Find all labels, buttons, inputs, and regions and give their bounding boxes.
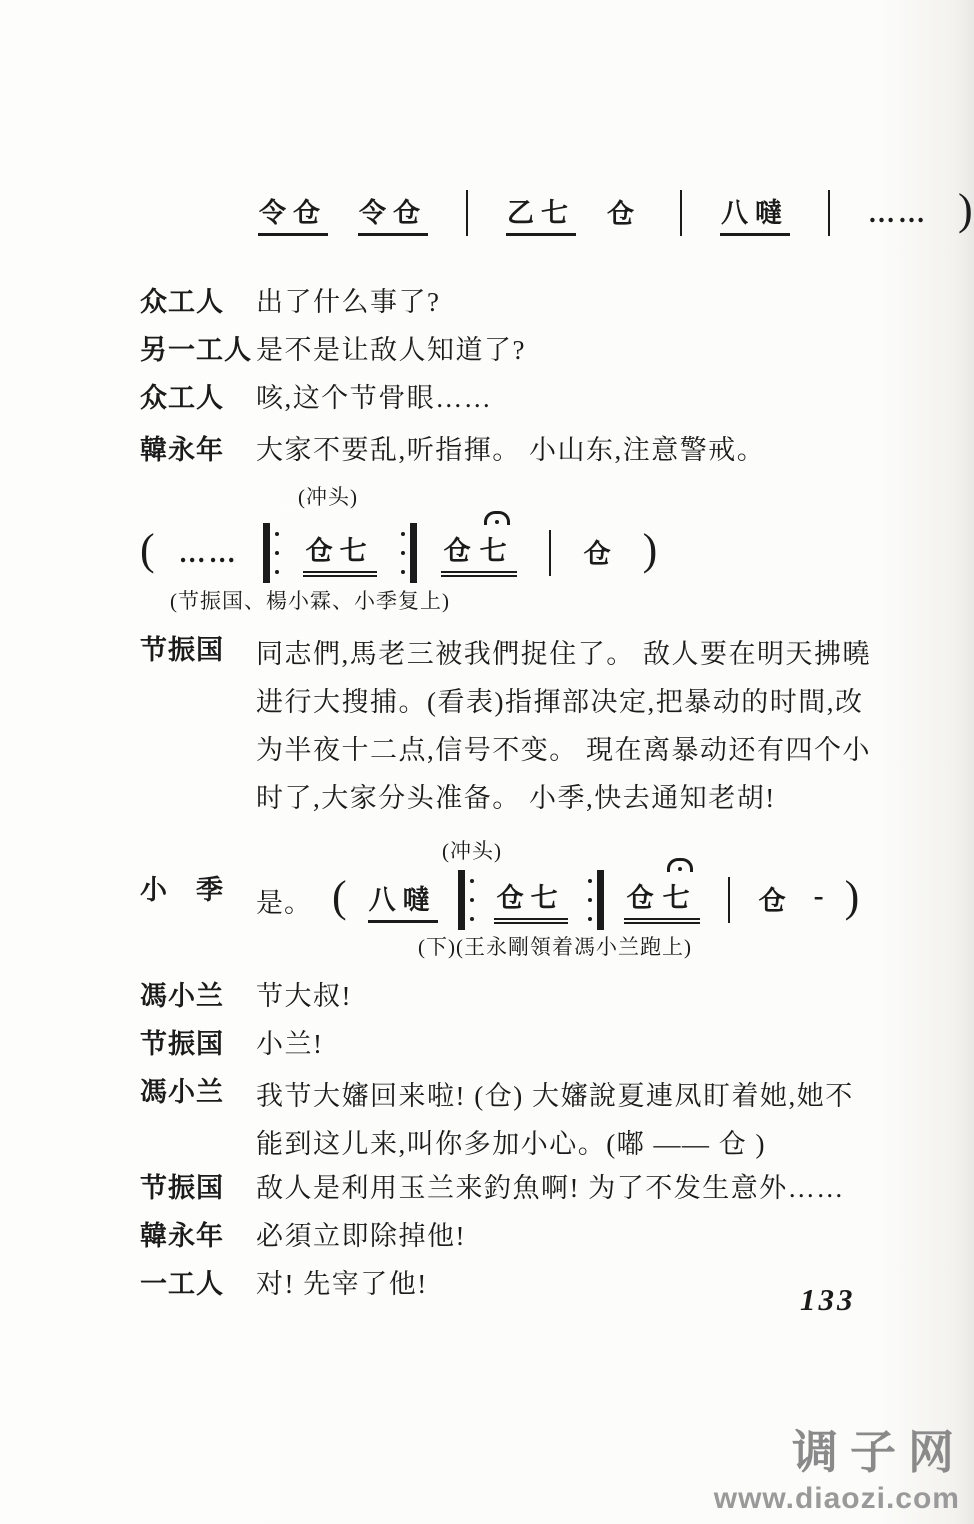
stage-direction-chongtou: (冲头) <box>298 484 916 510</box>
dialogue-row: 另一工人 是不是让敌人知道了? <box>140 330 916 370</box>
scanned-script-page: 令仓 令仓 乙七 仓 八噠 …… ) 众工人 出了什么事了? 另一工人 是不是让… <box>0 0 974 1524</box>
close-paren: ) <box>643 528 658 572</box>
dialogue-row: 韓永年 必須立即除掉他! <box>140 1216 916 1256</box>
inline-percussion: 是。 ( 八噠 仓七 仓 七 仓 <box>256 870 860 930</box>
speaker-name: 馮小兰 <box>140 976 256 1016</box>
dialogue-row: 小 季 是。 ( 八噠 仓七 仓 七 <box>140 870 916 930</box>
speech-text: 我节大嬸回来啦! (仓) 大嬸說夏連凤盯着她,她不 能到这儿来,叫你多加小心。(… <box>256 1072 854 1168</box>
dialogue-row: 韓永年 大家不要乱,听指揮。 小山东,注意警戒。 <box>140 430 916 470</box>
watermark-site-url: www.diaozi.com <box>714 1482 960 1516</box>
repeat-end-sign-icon <box>588 870 604 930</box>
dialogue-row: 节振国 同志們,馬老三被我們捉住了。 敌人要在明天拂曉 进行大搜捕。(看表)指揮… <box>140 630 916 822</box>
ellipsis: …… <box>179 538 239 569</box>
dialogue-row: 节振国 小兰! <box>140 1024 916 1064</box>
percussion-beat: 仓七 <box>303 529 377 577</box>
speech-line: 时了,大家分头准备。 小季,快去通知老胡! <box>256 774 871 822</box>
open-paren: ( <box>332 875 348 919</box>
speaker-name: 韓永年 <box>140 430 256 470</box>
barline-icon <box>549 530 551 576</box>
watermark: 调子网 www.diaozi.com <box>714 1416 960 1516</box>
speech-line: 我节大嬸回来啦! (仓) 大嬸說夏連凤盯着她,她不 <box>256 1072 854 1120</box>
percussion-line-top: 令仓 令仓 乙七 仓 八噠 …… ) <box>258 190 916 236</box>
speech-text: 是。 <box>256 881 312 920</box>
repeat-start-sign-icon <box>263 523 279 583</box>
speech-text: 节大叔! <box>256 976 352 1016</box>
speech-text: 对! 先宰了他! <box>256 1264 428 1304</box>
close-paren: ) <box>845 875 861 919</box>
fermata-icon <box>667 858 693 872</box>
speaker-name: 众工人 <box>140 282 256 322</box>
percussion-beat: 仓 <box>583 532 619 574</box>
ellipsis: …… <box>868 198 928 229</box>
speaker-name: 节振国 <box>140 1024 256 1064</box>
speaker-name: 小 季 <box>140 870 256 910</box>
speech-text: 必須立即除掉他! <box>256 1216 466 1256</box>
percussion-line-reentry: ( …… 仓七 仓 七 仓 ) <box>140 522 916 584</box>
dialogue-row: 众工人 出了什么事了? <box>140 282 916 322</box>
speech-line: 为半夜十二点,信号不变。 現在离暴动还有四个小 <box>256 726 871 774</box>
barline-icon <box>680 190 682 236</box>
percussion-beat: 仓七 <box>494 876 568 924</box>
speaker-name: 众工人 <box>140 378 256 418</box>
close-paren: ) <box>958 188 973 232</box>
fermata-icon <box>484 511 510 525</box>
percussion-beat: 八噠 <box>368 878 438 923</box>
rest-dash: - <box>814 879 825 913</box>
speech-text: 出了什么事了? <box>256 282 440 322</box>
stage-direction-exit-enter: (下)(王永剛領着馮小兰跑上) <box>418 934 916 960</box>
speech-text: 同志們,馬老三被我們捉住了。 敌人要在明天拂曉 进行大搜捕。(看表)指揮部决定,… <box>256 630 871 822</box>
barline-icon <box>466 190 468 236</box>
percussion-beat: 乙七 <box>506 191 576 236</box>
speaker-name: 另一工人 <box>140 330 256 370</box>
speech-text: 敌人是利用玉兰来釣魚啊! 为了不发生意外…… <box>256 1168 845 1208</box>
dialogue-row: 众工人 咳,这个节骨眼…… <box>140 378 916 418</box>
speaker-name: 节振国 <box>140 1168 256 1208</box>
percussion-beat: 仓 <box>606 192 642 234</box>
speech-line: 能到这儿来,叫你多加小心。(嘟 —— 仓 ) <box>256 1120 854 1168</box>
percussion-beat-fermata: 仓 七 <box>441 529 517 577</box>
dialogue-row: 馮小兰 我节大嬸回来啦! (仓) 大嬸說夏連凤盯着她,她不 能到这儿来,叫你多加… <box>140 1072 916 1168</box>
stage-direction-reentry: (节振国、楊小霖、小季复上) <box>170 588 916 614</box>
speaker-name: 馮小兰 <box>140 1072 256 1112</box>
speech-text: 小兰! <box>256 1024 324 1064</box>
barline-icon <box>728 877 730 923</box>
percussion-beat: 令仓 <box>358 191 428 236</box>
percussion-beat: 令仓 <box>258 191 328 236</box>
speech-text: 是不是让敌人知道了? <box>256 330 526 370</box>
repeat-start-sign-icon <box>458 870 474 930</box>
percussion-beat-fermata: 仓 七 <box>624 876 700 924</box>
speaker-name: 韓永年 <box>140 1216 256 1256</box>
percussion-beat: 八噠 <box>720 191 790 236</box>
dialogue-row: 馮小兰 节大叔! <box>140 976 916 1016</box>
repeat-end-sign-icon <box>401 523 417 583</box>
open-paren: ( <box>140 528 155 572</box>
speech-text: 大家不要乱,听指揮。 小山东,注意警戒。 <box>256 430 765 470</box>
barline-icon <box>828 190 830 236</box>
speech-text: 咳,这个节骨眼…… <box>256 378 492 418</box>
speech-line: 进行大搜捕。(看表)指揮部决定,把暴动的时間,改 <box>256 678 871 726</box>
speaker-name: 一工人 <box>140 1264 256 1304</box>
speech-line: 同志們,馬老三被我們捉住了。 敌人要在明天拂曉 <box>256 630 871 678</box>
percussion-beat: 仓 <box>758 879 794 921</box>
speaker-name: 节振国 <box>140 630 256 670</box>
dialogue-row: 节振国 敌人是利用玉兰来釣魚啊! 为了不发生意外…… <box>140 1168 916 1208</box>
watermark-site-name: 调子网 <box>714 1416 966 1482</box>
page-number: 133 <box>800 1282 856 1318</box>
